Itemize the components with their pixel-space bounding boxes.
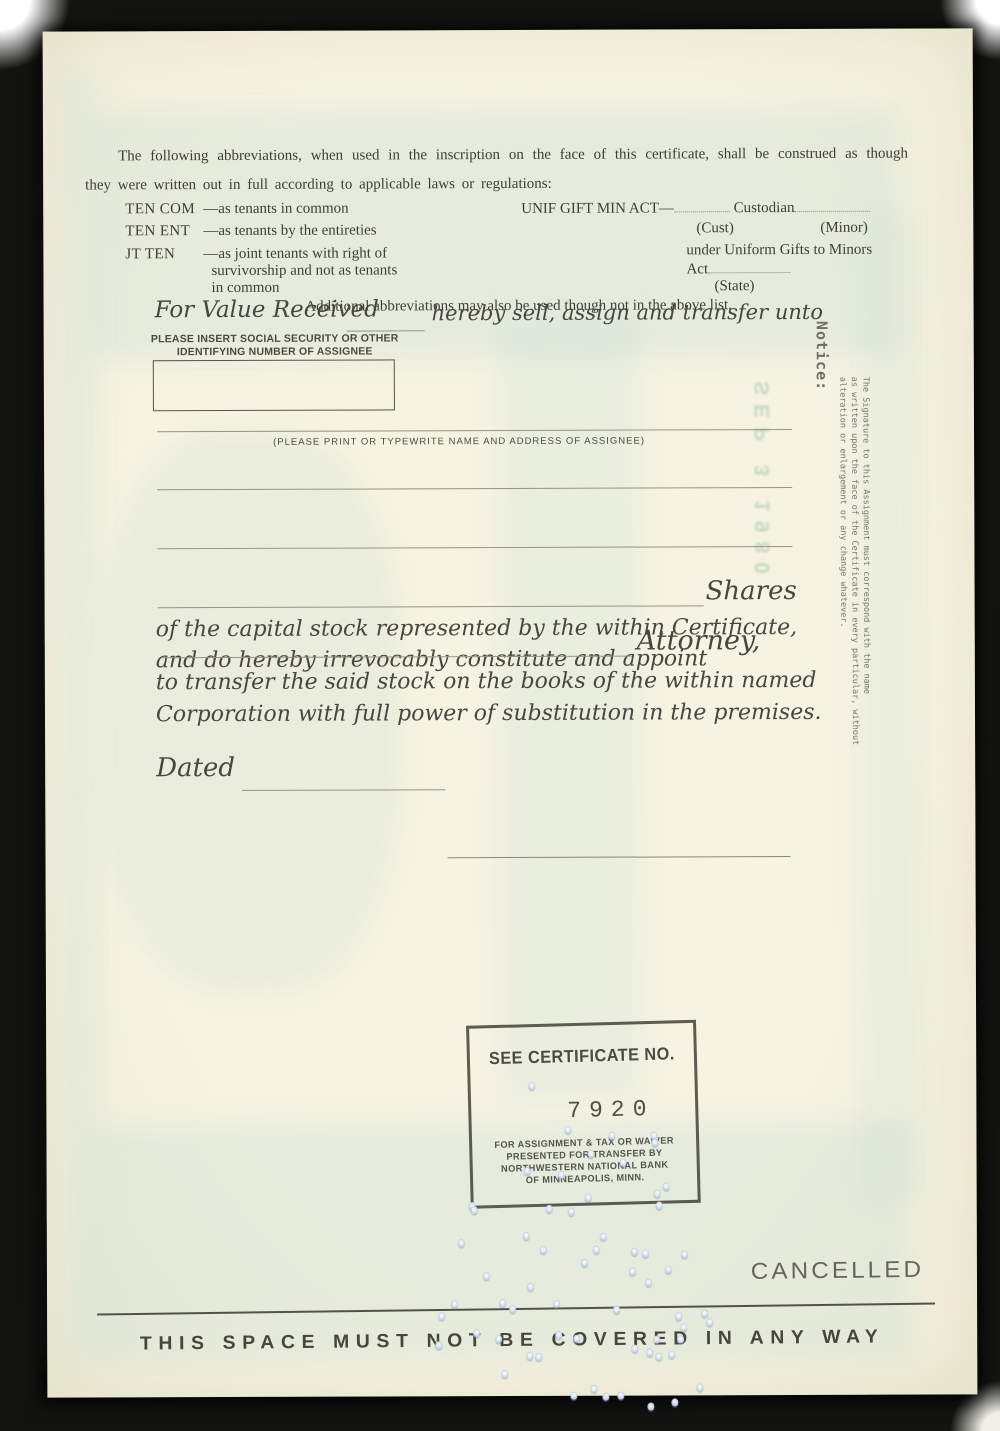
abbreviations-intro-line2: they were written out in full according … (85, 176, 552, 195)
notice-heading: Notice: (813, 321, 831, 391)
abbr-term: TEN ENT (125, 223, 203, 240)
perforation-dot (564, 1126, 571, 1134)
perforation-dot (656, 1353, 663, 1361)
attorney-script: Attorney, (637, 625, 761, 656)
perforation-dot (701, 1310, 708, 1318)
blank-line (157, 546, 792, 549)
perforation-dot (570, 1392, 577, 1400)
abbr-row-ten-com: TEN COM—as tenants in common (125, 201, 348, 219)
perforation-dot (609, 1131, 616, 1139)
abbr-row-unif-gift: UNIF GIFT MIN ACT— Custodian (521, 199, 870, 218)
assignee-id-entry-box (153, 359, 395, 411)
cancellation-perforations (0, 0, 998, 2)
perforation-dot (499, 1299, 506, 1307)
perforation-dot (629, 1267, 636, 1275)
dotted-leader (708, 260, 790, 273)
corporation-script: Corporation with full power of substitut… (156, 700, 822, 727)
ssn-instruction-line1: PLEASE INSERT SOCIAL SECURITY OR OTHER (149, 332, 401, 345)
showthrough-left-band (60, 71, 103, 1361)
perforation-dot (567, 1207, 574, 1215)
cust-label: (Cust) (696, 220, 734, 237)
dotted-leader (794, 199, 870, 212)
perforation-dot (631, 1344, 638, 1352)
unif-gift-label: UNIF GIFT MIN ACT— (521, 200, 674, 217)
notice-text: The Signature to this Assignment must co… (836, 377, 872, 746)
ssn-instruction-line2: IDENTIFYING NUMBER OF ASSIGNEE (149, 345, 401, 358)
perforation-dot (535, 1353, 542, 1361)
perforation-dot (677, 1335, 684, 1343)
act-row: Act (686, 260, 790, 278)
state-label: (State) (714, 278, 754, 295)
perforation-dot (675, 1312, 682, 1320)
perforation-dot (599, 1232, 606, 1240)
perforation-dot (438, 1312, 445, 1320)
perforation-dot (646, 1349, 653, 1357)
perforation-dot (527, 1283, 534, 1291)
print-name-instruction: (PLEASE PRINT OR TYPEWRITE NAME AND ADDR… (259, 435, 659, 447)
perforation-dot (451, 1300, 458, 1308)
perforation-dot (641, 1250, 648, 1258)
dated-blank-line (242, 789, 445, 791)
custodian-label: Custodian (734, 200, 795, 216)
perforation-dot (681, 1251, 688, 1259)
perforation-dot (557, 1171, 564, 1179)
stamp-title: SEE CERTIFICATE NO. (477, 1043, 686, 1069)
perforation-dot (617, 1391, 624, 1399)
hereby-sell-script: hereby sell, assign and transfer unto (432, 300, 823, 325)
abbr-def: —as tenants by the entireties (203, 222, 376, 239)
perforation-dot (671, 1398, 678, 1406)
shares-blank-line (158, 605, 704, 608)
perforation-dot (523, 1232, 530, 1240)
dated-script: Dated (156, 753, 235, 783)
assignee-name-line (157, 429, 792, 432)
perforation-dot (590, 1385, 597, 1393)
abbr-def: —as joint tenants with right of (203, 245, 387, 262)
abbr-def-continued: survivorship and not as tenants (211, 262, 397, 280)
perforation-dot (553, 1300, 560, 1308)
perforation-dot (501, 1370, 508, 1378)
perforation-dot (528, 1082, 535, 1090)
scanned-certificate-back: SEP 3 1980 The following abbreviations, … (0, 0, 1000, 1431)
perforation-dot (663, 1182, 670, 1190)
for-value-received-script: For Value Received (155, 296, 379, 323)
abbr-def-continued: in common (211, 280, 279, 297)
act-label: Act (686, 261, 708, 277)
perforation-dot (470, 1206, 477, 1214)
abbr-row-jt-ten: JT TEN—as joint tenants with right of (125, 245, 387, 263)
notice-line2: as written upon the face of the Certific… (847, 377, 860, 746)
perforation-dot (458, 1239, 465, 1247)
perforation-dot (584, 1194, 591, 1202)
abbr-term: JT TEN (125, 246, 203, 263)
perforation-dot (668, 1351, 675, 1359)
transfer-stock-script: to transfer the said stock on the books … (156, 668, 817, 695)
abbr-def: —as tenants in common (203, 201, 348, 218)
perforation-dot (510, 1305, 517, 1313)
perforation-dot (645, 1279, 652, 1287)
perforation-dot (539, 1246, 546, 1254)
perforation-dot (526, 1352, 533, 1360)
notice-line3: alteration or enlargement or any change … (836, 377, 849, 746)
perforation-dot (631, 1248, 638, 1256)
certificate-paper: SEP 3 1980 The following abbreviations, … (43, 28, 978, 1397)
perforation-dot (707, 1318, 714, 1326)
abbreviations-intro-line1: The following abbreviations, when used i… (118, 146, 908, 166)
perforation-dot (613, 1305, 620, 1313)
blank-line (157, 487, 792, 490)
footer-warning-text: THIS SPACE MUST NOT BE COVERED IN ANY WA… (104, 1326, 920, 1356)
perforation-dot (680, 1323, 687, 1331)
showthrough-date-stamp: SEP 3 1980 (751, 381, 776, 583)
abbr-term: TEN COM (125, 201, 203, 218)
perforation-dot (619, 1158, 626, 1166)
blank-line (347, 330, 425, 331)
minor-label: (Minor) (820, 220, 868, 237)
see-certificate-stamp: SEE CERTIFICATE NO. 7920 FOR ASSIGNMENT … (466, 1020, 701, 1209)
perforation-dot (696, 1383, 703, 1391)
certificate-number: 7920 (567, 1096, 655, 1124)
shares-script: Shares (706, 576, 797, 606)
perforation-dot (581, 1258, 588, 1266)
notice-line1: The Signature to this Assignment must co… (859, 377, 872, 746)
perforation-dot (656, 1202, 663, 1210)
cancelled-stamp: CANCELLED (751, 1256, 925, 1285)
perforation-dot (603, 1393, 610, 1401)
perforation-dot (647, 1402, 654, 1410)
perforation-dot (593, 1246, 600, 1254)
dotted-leader (674, 199, 730, 212)
perforation-dot (665, 1266, 672, 1274)
signature-line (448, 856, 791, 858)
under-uniform-gifts-label: under Uniform Gifts to Minors (686, 242, 872, 260)
perforation-dot (545, 1205, 552, 1213)
abbr-row-ten-ent: TEN ENT—as tenants by the entireties (125, 222, 376, 240)
certificate-content: SEP 3 1980 The following abbreviations, … (0, 0, 1000, 1431)
perforation-dot (483, 1273, 490, 1281)
